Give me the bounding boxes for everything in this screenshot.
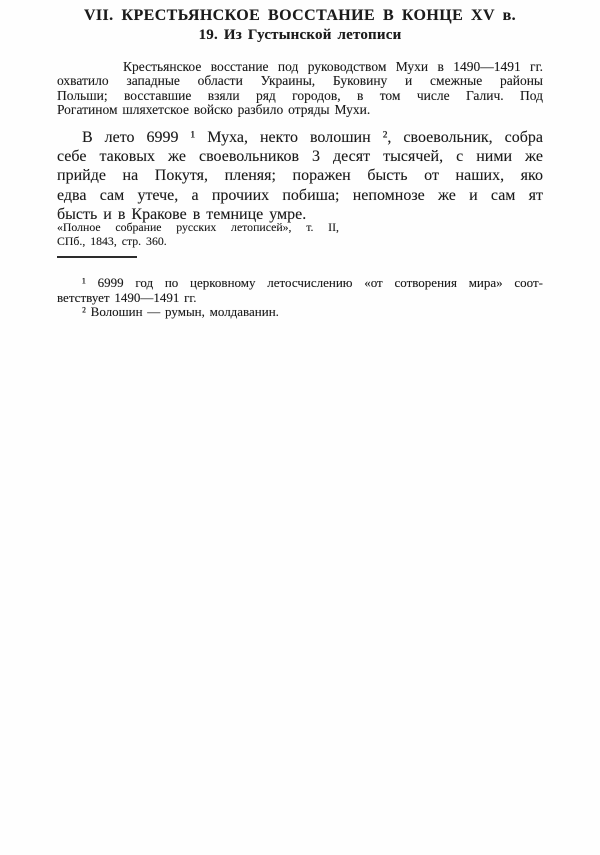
- annotation-paragraph: Крестьянское восстание под руководством …: [57, 60, 543, 117]
- annotation-line: охватило западные области Украины, Буков…: [57, 74, 543, 88]
- footnote-divider-rule: [57, 256, 137, 258]
- annotation-line: Польши; восставшие взяли ряд городов, в …: [57, 89, 543, 103]
- annotation-line: Рогатином шляхетское войско разбило отря…: [57, 103, 543, 117]
- chronicle-excerpt-paragraph: В лето 6999 ¹ Муха, некто волошин ², сво…: [57, 128, 543, 224]
- annotation-line: Крестьянское восстание под руководством …: [57, 60, 543, 74]
- chronicle-line: прийде на Покутя, пленяя; поражен бысть …: [57, 166, 543, 185]
- chronicle-line: себе таковых же своевольников 3 десят ты…: [57, 147, 543, 166]
- scanned-book-page: VII. КРЕСТЬЯНСКОЕ ВОССТАНИЕ В КОНЦЕ XV в…: [0, 0, 600, 855]
- citation-line: СПб., 1843, стр. 360.: [57, 235, 339, 249]
- section-heading: 19. Из Густынской летописи: [0, 26, 600, 44]
- citation-line: «Полное собрание русских летописей», т. …: [57, 221, 339, 235]
- footnote-line: ¹ 6999 год по церковному летосчислению «…: [57, 276, 543, 291]
- footnote-1: ¹ 6999 год по церковному летосчислению «…: [57, 276, 543, 305]
- footnotes-section: ¹ 6999 год по церковному летосчислению «…: [57, 276, 543, 320]
- chronicle-line: В лето 6999 ¹ Муха, некто волошин ², сво…: [57, 128, 543, 147]
- footnote-line: ветствует 1490—1491 гг.: [57, 291, 543, 306]
- chronicle-line: едва сам утече, а прочиих побиша; непомн…: [57, 186, 543, 205]
- footnote-2: ² Волошин — румын, молдаванин.: [57, 305, 543, 320]
- source-citation: «Полное собрание русских летописей», т. …: [57, 221, 339, 249]
- chapter-heading: VII. КРЕСТЬЯНСКОЕ ВОССТАНИЕ В КОНЦЕ XV в…: [0, 6, 600, 25]
- footnote-line: ² Волошин — румын, молдаванин.: [57, 305, 543, 320]
